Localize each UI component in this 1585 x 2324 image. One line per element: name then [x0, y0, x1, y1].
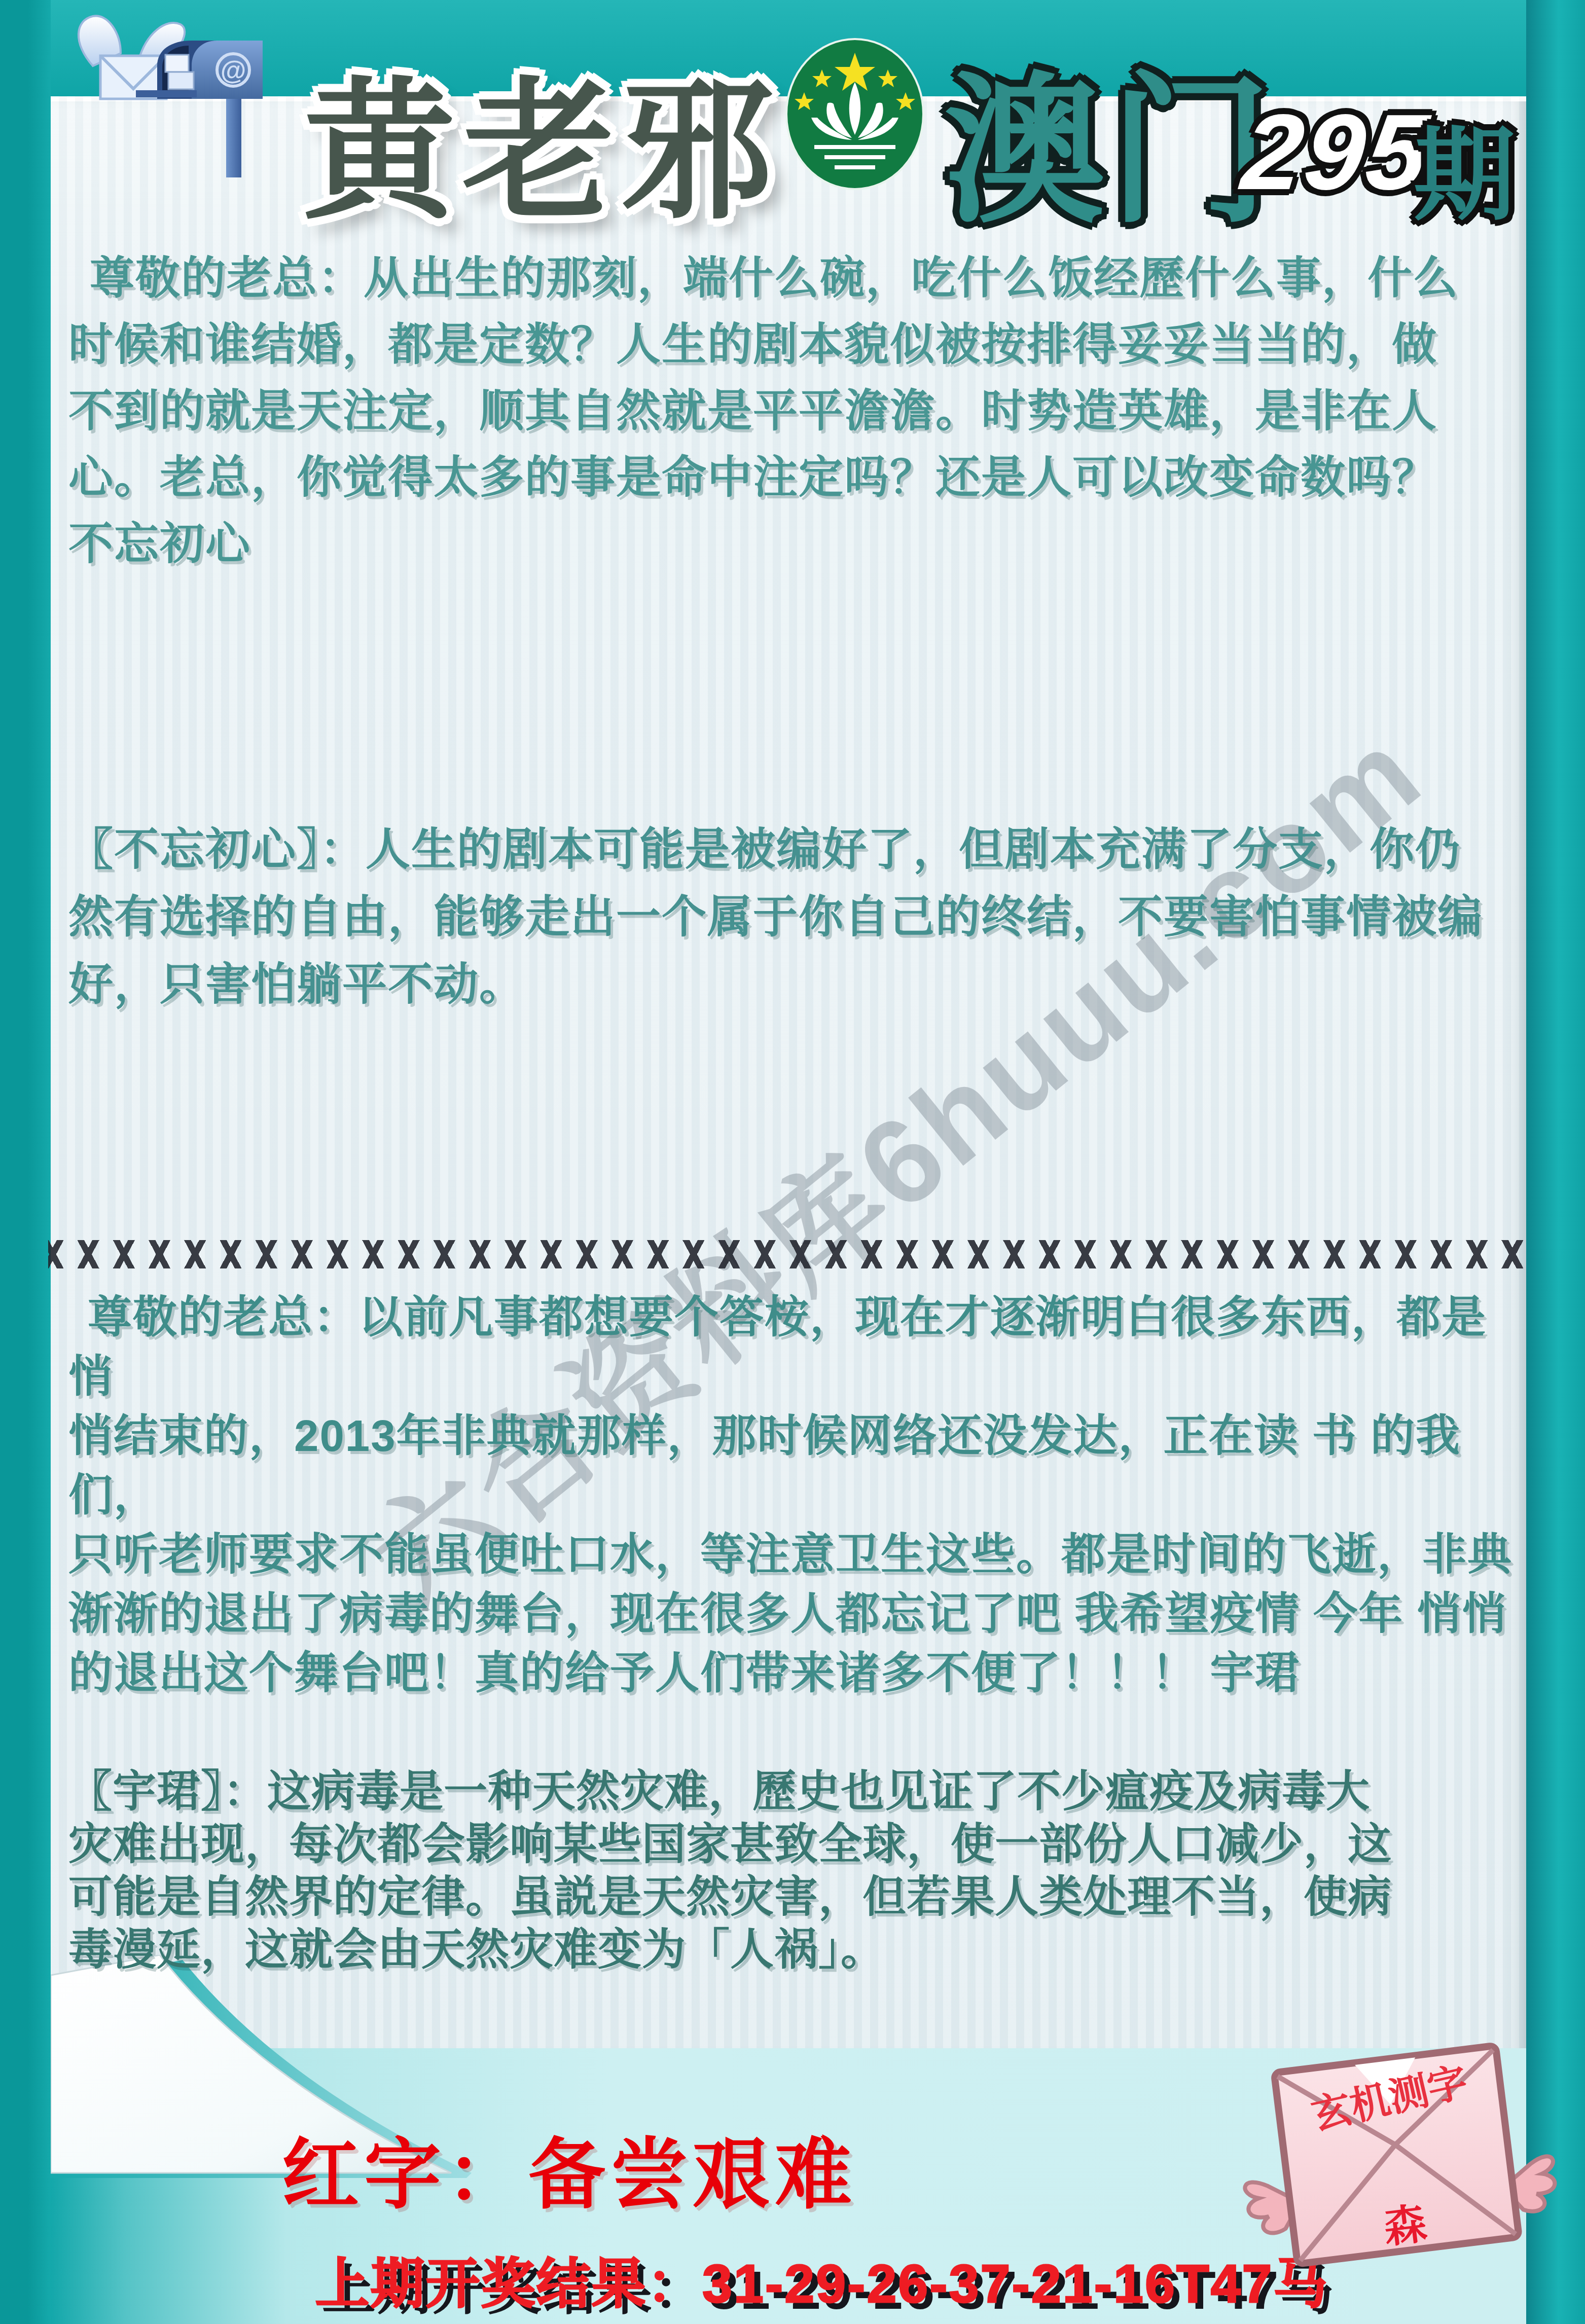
envelope-seal-character: 森	[1381, 2199, 1429, 2252]
frame-right-border	[1526, 0, 1585, 2324]
region-title: 澳门	[944, 21, 1275, 253]
brand-title: 黄老邪	[303, 29, 781, 248]
issue-unit: 期	[1414, 94, 1515, 240]
frame-left-border	[0, 0, 51, 2324]
macau-lotus-logo	[785, 38, 925, 191]
issue-number: 295	[1237, 90, 1435, 214]
paragraph-reply-yujun: 〖宇珺〗：这病毒是一种天然灾难，歷史也见证了不少瘟疫及病毒大 灾难出现，每次都会…	[68, 1765, 1529, 1976]
paragraph-greeting-fate: 尊敬的老总：从出生的那刻，端什么碗，吃什么饭经歷什么事，什么 时候和谁结婚，都是…	[68, 244, 1529, 576]
winged-mailbox-icon: @	[45, 5, 263, 183]
svg-text:@: @	[221, 56, 246, 85]
stitch-divider	[48, 1240, 1528, 1268]
previous-draw-result: 上期开奖结果：31-29-26-37-21-16T47马	[315, 2241, 1329, 2318]
paragraph-greeting-epidemic: 尊敬的老总：以前凡事都想要个答桉，现在才逐渐明白很多东西，都是悄 悄结束的，20…	[68, 1288, 1529, 1703]
winged-envelope-icon: 玄机测字 森	[1221, 2018, 1576, 2322]
paragraph-reply-buwangchuxin: 〖不忘初心〗：人生的剧本可能是被编好了，但剧本充满了分支，你仍 然有选择的自由，…	[68, 815, 1529, 1018]
poster-page: @ 黄老邪 澳门 295 期 六合资料库6huuu.com 尊敬的老总：从出生的…	[0, 0, 1585, 2324]
red-note: 红字：备尝艰难	[282, 2113, 857, 2224]
